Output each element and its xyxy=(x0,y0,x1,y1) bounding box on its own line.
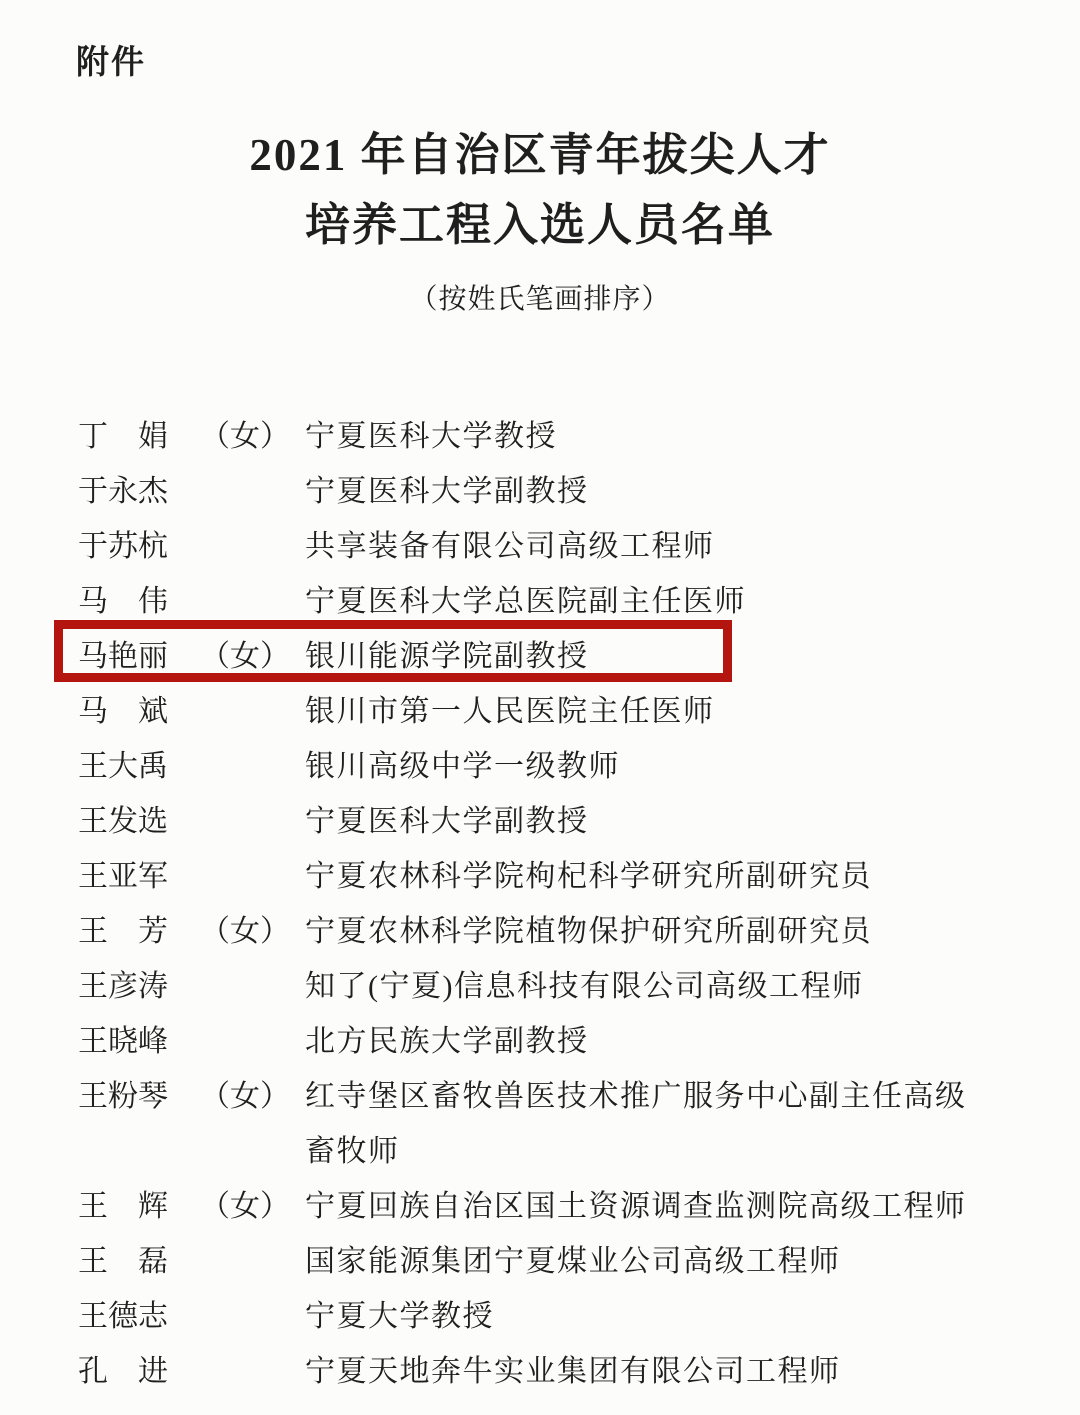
person-name: 王 磊 xyxy=(78,1234,200,1289)
person-affiliation: 宁夏医科大学副教授 xyxy=(305,794,1040,849)
person-affiliation: 宁夏农林科学院枸杞科学研究所副研究员 xyxy=(305,849,1040,904)
person-affiliation: 银川能源学院副教授 xyxy=(305,629,1040,684)
person-name: 王大禹 xyxy=(78,739,200,794)
person-affiliation: 银川高级中学一级教师 xyxy=(305,739,1040,794)
roster-row: 马 伟 宁夏医科大学总医院副主任医师 xyxy=(78,574,1040,629)
person-gender: （女） xyxy=(200,1069,305,1124)
roster-row: 王 芳 （女） 宁夏农林科学院植物保护研究所副研究员 xyxy=(78,904,1040,959)
person-affiliation: 共享装备有限公司高级工程师 xyxy=(305,519,1040,574)
sort-order-note: （按姓氏笔画排序） xyxy=(0,276,1080,324)
roster-row-highlighted: 马艳丽 （女） 银川能源学院副教授 xyxy=(78,629,1040,684)
person-name: 王晓峰 xyxy=(78,1014,200,1069)
roster-row: 王发选 宁夏医科大学副教授 xyxy=(78,794,1040,849)
person-affiliation: 宁夏医科大学副教授 xyxy=(305,464,1040,519)
person-affiliation: 宁夏回族自治区国土资源调查监测院高级工程师 xyxy=(305,1179,1040,1234)
person-name: 孔 进 xyxy=(78,1344,200,1399)
roster-row: 王粉琴 （女） 红寺堡区畜牧兽医技术推广服务中心副主任高级 畜牧师 xyxy=(78,1069,1040,1179)
person-affiliation: 北方民族大学副教授 xyxy=(305,1014,1040,1069)
roster-row: 王德志 宁夏大学教授 xyxy=(78,1289,1040,1344)
person-name: 马 斌 xyxy=(78,684,200,739)
attachment-label: 附件 xyxy=(76,40,146,84)
person-affiliation: 宁夏医科大学总医院副主任医师 xyxy=(305,574,1040,629)
person-name: 王发选 xyxy=(78,794,200,849)
person-name: 马艳丽 xyxy=(78,629,200,684)
roster-row: 于苏杭 共享装备有限公司高级工程师 xyxy=(78,519,1040,574)
person-name: 王 辉 xyxy=(78,1179,200,1234)
roster-row: 于永杰 宁夏医科大学副教授 xyxy=(78,464,1040,519)
person-affiliation: 知了(宁夏)信息科技有限公司高级工程师 xyxy=(305,959,1040,1014)
person-affiliation: 红寺堡区畜牧兽医技术推广服务中心副主任高级 畜牧师 xyxy=(305,1069,1040,1179)
person-name: 马 伟 xyxy=(78,574,200,629)
title-line-2: 培养工程入选人员名单 xyxy=(0,190,1080,260)
roster-row: 王彦涛 知了(宁夏)信息科技有限公司高级工程师 xyxy=(78,959,1040,1014)
person-affiliation: 宁夏天地奔牛实业集团有限公司工程师 xyxy=(305,1344,1040,1399)
person-affiliation: 国家能源集团宁夏煤业公司高级工程师 xyxy=(305,1234,1040,1289)
person-name: 王彦涛 xyxy=(78,959,200,1014)
roster-row: 马 斌 银川市第一人民医院主任医师 xyxy=(78,684,1040,739)
person-affiliation: 宁夏医科大学教授 xyxy=(305,409,1040,464)
person-gender: （女） xyxy=(200,904,305,959)
personnel-roster: 丁 娟 （女） 宁夏医科大学教授 于永杰 宁夏医科大学副教授 于苏杭 共享装备有… xyxy=(78,409,1040,1399)
roster-row: 王 辉 （女） 宁夏回族自治区国土资源调查监测院高级工程师 xyxy=(78,1179,1040,1234)
person-gender: （女） xyxy=(200,409,305,464)
person-name: 于苏杭 xyxy=(78,519,200,574)
person-name: 王德志 xyxy=(78,1289,200,1344)
person-name: 王粉琴 xyxy=(78,1069,200,1124)
person-affiliation: 宁夏大学教授 xyxy=(305,1289,1040,1344)
roster-row: 王大禹 银川高级中学一级教师 xyxy=(78,739,1040,794)
person-name: 丁 娟 xyxy=(78,409,200,464)
roster-row: 王晓峰 北方民族大学副教授 xyxy=(78,1014,1040,1069)
document-page: 附件 2021 年自治区青年拔尖人才 培养工程入选人员名单 （按姓氏笔画排序） … xyxy=(0,0,1080,1415)
roster-row: 王 磊 国家能源集团宁夏煤业公司高级工程师 xyxy=(78,1234,1040,1289)
person-name: 王 芳 xyxy=(78,904,200,959)
person-name: 于永杰 xyxy=(78,464,200,519)
roster-row: 丁 娟 （女） 宁夏医科大学教授 xyxy=(78,409,1040,464)
roster-row: 王亚军 宁夏农林科学院枸杞科学研究所副研究员 xyxy=(78,849,1040,904)
document-title: 2021 年自治区青年拔尖人才 培养工程入选人员名单 xyxy=(0,120,1080,260)
person-affiliation: 银川市第一人民医院主任医师 xyxy=(305,684,1040,739)
person-gender: （女） xyxy=(200,1179,305,1234)
person-affiliation: 宁夏农林科学院植物保护研究所副研究员 xyxy=(305,904,1040,959)
title-line-1: 2021 年自治区青年拔尖人才 xyxy=(0,120,1080,190)
person-name: 王亚军 xyxy=(78,849,200,904)
roster-row: 孔 进 宁夏天地奔牛实业集团有限公司工程师 xyxy=(78,1344,1040,1399)
person-gender: （女） xyxy=(200,629,305,684)
